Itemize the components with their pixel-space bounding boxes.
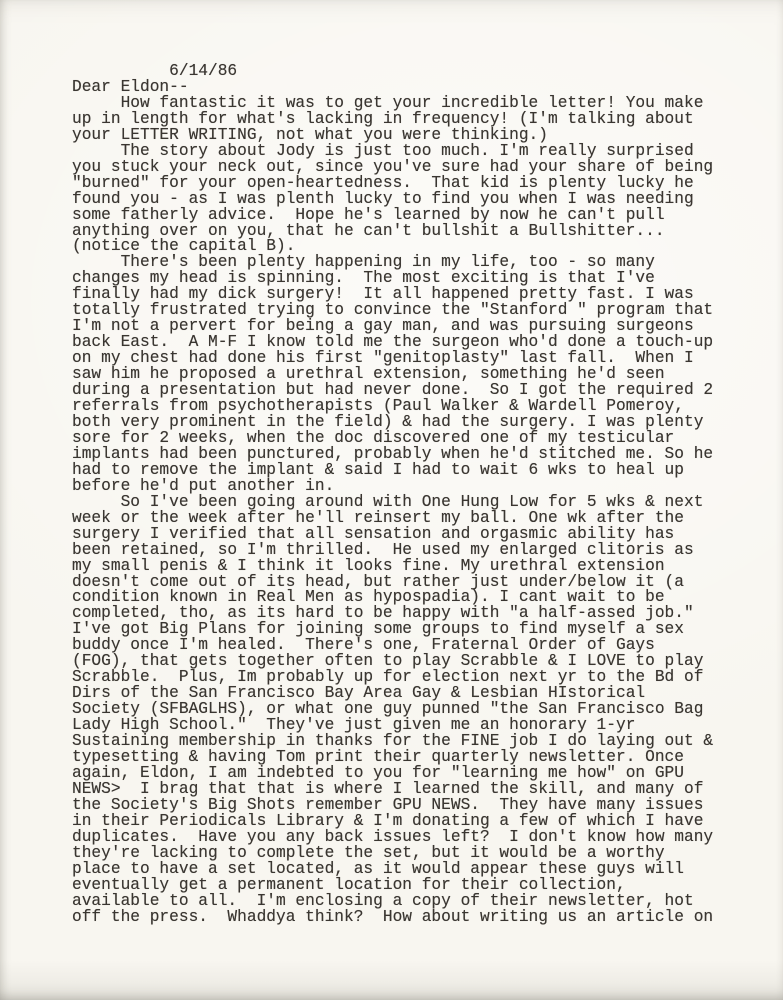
letter-page: 6/14/86 Dear Eldon-- How fantastic it wa…	[0, 0, 783, 1000]
letter-body: How fantastic it was to get your incredi…	[72, 96, 713, 926]
letter-content: 6/14/86 Dear Eldon-- How fantastic it wa…	[72, 64, 713, 925]
